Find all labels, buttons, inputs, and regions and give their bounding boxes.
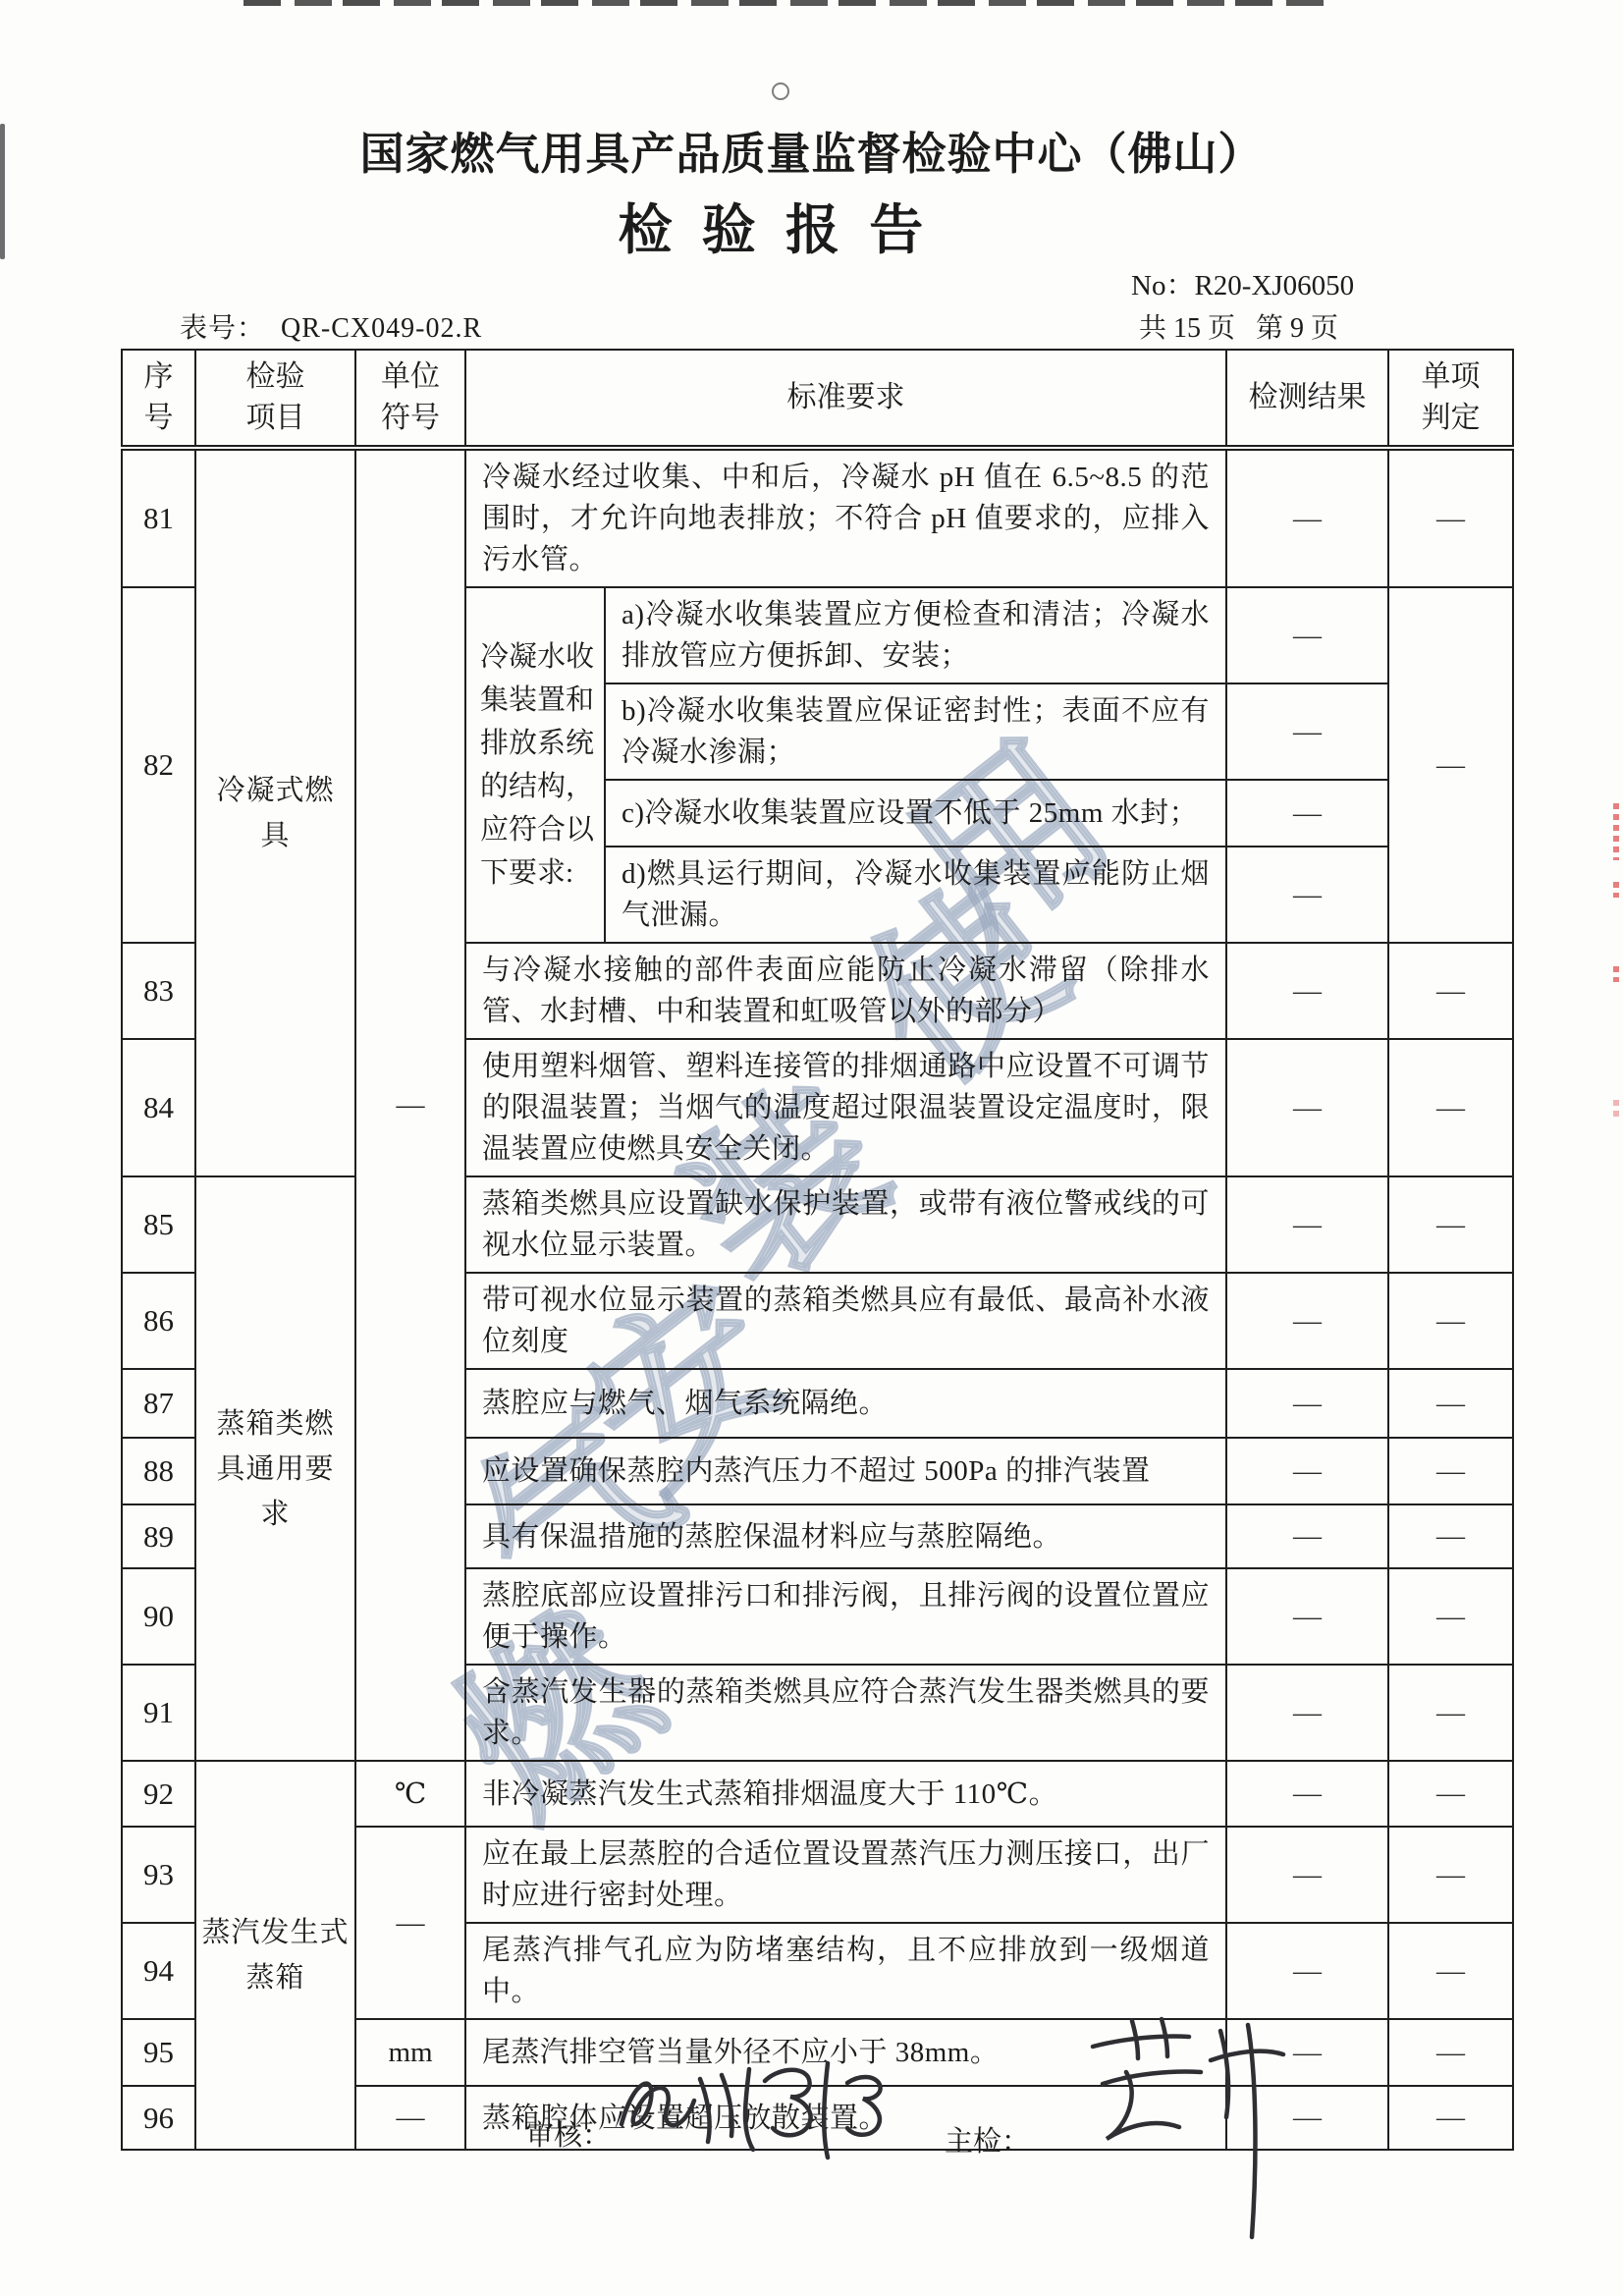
- table-row: 85 蒸箱类燃 具通用要 求 蒸箱类燃具应设置缺水保护装置，或带有液位警戒线的可…: [122, 1176, 1513, 1273]
- item-group-condensing-appliance: 冷凝式燃 具: [195, 448, 355, 1176]
- requirement-text: 含蒸汽发生器的蒸箱类燃具应符合蒸汽发生器类燃具的要求。: [465, 1665, 1226, 1761]
- judgement-cell: —: [1388, 1827, 1513, 1923]
- unit-cell: mm: [355, 2019, 465, 2086]
- requirement-label: 冷凝水收 集装置和 排放系统 的结构， 应符合以 下要求:: [465, 587, 605, 943]
- row-no: 95: [122, 2019, 195, 2086]
- row-no: 93: [122, 1827, 195, 1923]
- table-row: 92 蒸汽发生式 蒸箱 ℃ 非冷凝蒸汽发生式蒸箱排烟温度大于 110℃。 — —: [122, 1761, 1513, 1827]
- report-number: No：R20-XJ06050: [1131, 263, 1426, 303]
- judgement-cell: —: [1388, 1369, 1513, 1438]
- item-group-steam-generator-box: 蒸汽发生式 蒸箱: [195, 1761, 355, 2150]
- judgement-cell: —: [1388, 1039, 1513, 1176]
- result-cell: —: [1226, 1665, 1388, 1761]
- inspection-table: 序 号 检验 项目 单位 符号 标准要求 检测结果 单项 判定 81 冷凝式燃 …: [121, 349, 1514, 2151]
- judgement-cell: —: [1388, 2019, 1513, 2086]
- report-title: 检验报告: [0, 187, 1571, 264]
- scan-artifact-red-mark: [1613, 966, 1619, 982]
- judgement-cell: —: [1388, 1665, 1513, 1761]
- judgement-cell: —: [1388, 1923, 1513, 2019]
- result-cell: —: [1226, 1039, 1388, 1176]
- row-no: 94: [122, 1923, 195, 2019]
- requirement-text: 应设置确保蒸腔内蒸汽压力不超过 500Pa 的排汽装置: [465, 1438, 1226, 1504]
- judgement-cell: —: [1388, 448, 1513, 587]
- chief-inspector-signature: [1065, 2003, 1321, 2257]
- scan-artifact-red-mark: [1613, 1100, 1619, 1120]
- result-cell: —: [1226, 1273, 1388, 1369]
- header-no: 序 号: [122, 350, 195, 448]
- requirement-text: 冷凝水经过收集、中和后，冷凝水 pH 值在 6.5~8.5 的范围时，才允许向地…: [465, 448, 1226, 587]
- header-judgement: 单项 判定: [1388, 350, 1513, 448]
- result-cell: —: [1226, 847, 1388, 943]
- table-header-row: 序 号 检验 项目 单位 符号 标准要求 检测结果 单项 判定: [122, 350, 1513, 448]
- result-cell: —: [1226, 587, 1388, 683]
- judgement-cell: —: [1388, 1761, 1513, 1827]
- chief-inspector-label: 主检：: [945, 2119, 1030, 2159]
- header-item: 检验 项目: [195, 350, 355, 448]
- result-cell: —: [1226, 683, 1388, 780]
- requirement-text: b)冷凝水收集装置应保证密封性；表面不应有冷凝水渗漏；: [605, 683, 1226, 780]
- judgement-cell: —: [1388, 943, 1513, 1039]
- requirement-text: 蒸腔应与燃气、烟气系统隔绝。: [465, 1369, 1226, 1438]
- row-no: 87: [122, 1369, 195, 1438]
- row-no: 81: [122, 448, 195, 587]
- result-cell: —: [1226, 1568, 1388, 1665]
- requirement-text: 使用塑料烟管、塑料连接管的排烟通路中应设置不可调节的限温装置；当烟气的温度超过限…: [465, 1039, 1226, 1176]
- requirement-text: 与冷凝水接触的部件表面应能防止冷凝水滞留（除排水管、水封槽、中和装置和虹吸管以外…: [465, 943, 1226, 1039]
- judgement-cell: —: [1388, 1176, 1513, 1273]
- row-no: 88: [122, 1438, 195, 1504]
- row-no: 91: [122, 1665, 195, 1761]
- requirement-text: d)燃具运行期间，冷凝水收集装置应能防止烟气泄漏。: [605, 847, 1226, 943]
- result-cell: —: [1226, 1176, 1388, 1273]
- unit-cell: —: [355, 1827, 465, 2019]
- result-cell: —: [1226, 1438, 1388, 1504]
- scan-artifact-red-mark: [1613, 882, 1619, 898]
- requirement-text: c)冷凝水收集装置应设置不低于 25mm 水封；: [605, 780, 1226, 847]
- row-no: 96: [122, 2086, 195, 2150]
- row-no: 89: [122, 1504, 195, 1568]
- requirement-text: a)冷凝水收集装置应方便检查和清洁；冷凝水排放管应方便拆卸、安装；: [605, 587, 1226, 683]
- form-number: 表号： QR-CX049-02.R: [180, 306, 482, 346]
- header-unit: 单位 符号: [355, 350, 465, 448]
- requirement-text: 具有保温措施的蒸腔保温材料应与蒸腔隔绝。: [465, 1504, 1226, 1568]
- row-no: 85: [122, 1176, 195, 1273]
- item-group-steam-box-general: 蒸箱类燃 具通用要 求: [195, 1176, 355, 1761]
- reviewer-signature: [604, 2035, 928, 2182]
- result-cell: —: [1226, 943, 1388, 1039]
- judgement-cell: —: [1388, 1568, 1513, 1665]
- result-cell: —: [1226, 780, 1388, 847]
- row-no: 82: [122, 587, 195, 943]
- header-requirement: 标准要求: [465, 350, 1226, 448]
- row-no: 86: [122, 1273, 195, 1369]
- result-cell: —: [1226, 1827, 1388, 1923]
- requirement-text: 蒸箱类燃具应设置缺水保护装置，或带有液位警戒线的可视水位显示装置。: [465, 1176, 1226, 1273]
- row-no: 84: [122, 1039, 195, 1176]
- result-cell: —: [1226, 1504, 1388, 1568]
- unit-cell: —: [355, 448, 465, 1761]
- judgement-cell: —: [1388, 1438, 1513, 1504]
- requirement-text: 蒸腔底部应设置排污口和排污阀，且排污阀的设置位置应便于操作。: [465, 1568, 1226, 1665]
- scan-artifact-top-edge: [243, 0, 1328, 6]
- reviewer-label: 审核：: [525, 2113, 611, 2154]
- row-no: 83: [122, 943, 195, 1039]
- scan-artifact-red-mark: [1613, 803, 1619, 860]
- judgement-cell: —: [1388, 2086, 1513, 2150]
- registered-mark-icon: [772, 82, 789, 100]
- inspection-report-page: 燃 气 安 装 使 用 国家燃气用具产品质量监督检验中心（佛山） 检验报告 No…: [0, 0, 1623, 2296]
- organization-title: 国家燃气用具产品质量监督检验中心（佛山）: [0, 118, 1623, 182]
- unit-cell: —: [355, 2086, 465, 2150]
- header-result: 检测结果: [1226, 350, 1388, 448]
- judgement-cell: —: [1388, 1504, 1513, 1568]
- judgement-cell: —: [1388, 1273, 1513, 1369]
- result-cell: —: [1226, 448, 1388, 587]
- requirement-text: 应在最上层蒸腔的合适位置设置蒸汽压力测压接口，出厂时应进行密封处理。: [465, 1827, 1226, 1923]
- requirement-text: 带可视水位显示装置的蒸箱类燃具应有最低、最高补水液位刻度: [465, 1273, 1226, 1369]
- requirement-text: 非冷凝蒸汽发生式蒸箱排烟温度大于 110℃。: [465, 1761, 1226, 1827]
- pagination: 共 15 页 第 9 页: [1139, 306, 1338, 346]
- judgement-cell: —: [1388, 587, 1513, 943]
- result-cell: —: [1226, 1369, 1388, 1438]
- table-row: 81 冷凝式燃 具 — 冷凝水经过收集、中和后，冷凝水 pH 值在 6.5~8.…: [122, 448, 1513, 587]
- result-cell: —: [1226, 1761, 1388, 1827]
- row-no: 90: [122, 1568, 195, 1665]
- row-no: 92: [122, 1761, 195, 1827]
- unit-cell: ℃: [355, 1761, 465, 1827]
